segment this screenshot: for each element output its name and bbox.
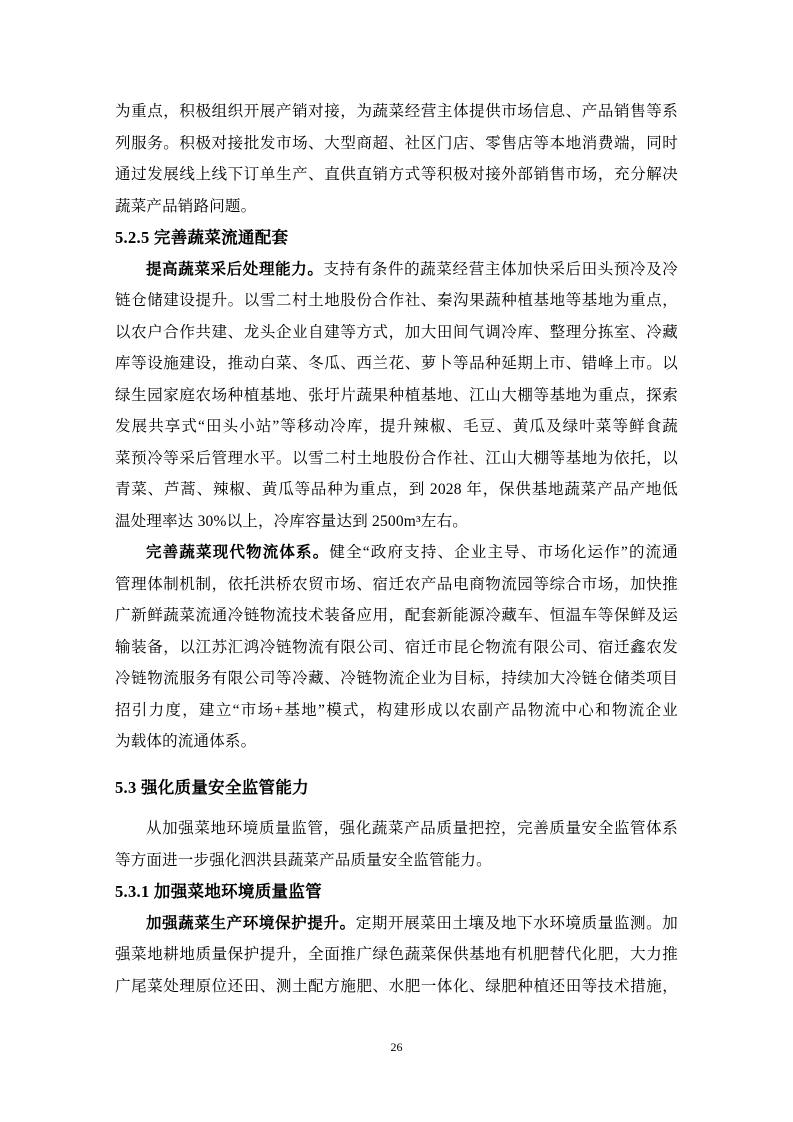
text-line: 输装备，以江苏汇鸿冷链物流有限公司、宿迁市昆仑物流有限公司、宿迁鑫农发 bbox=[115, 632, 678, 664]
text-line: 以农户合作共建、龙头企业自建等方式，加大田间气调冷库、整理分拣室、冷藏 bbox=[115, 317, 678, 349]
text-line: 等方面进一步强化泗洪县蔬菜产品质量安全监管能力。 bbox=[115, 845, 678, 877]
bold-lead-phrase: 提高蔬菜采后处理能力。 bbox=[146, 261, 323, 278]
text-line: 提高蔬菜采后处理能力。支持有条件的蔬菜经营主体加快采后田头预冷及冷 bbox=[115, 254, 678, 286]
text-line: 发展共享式“田头小站”等移动冷库，提升辣椒、毛豆、黄瓜及绿叶菜等鲜食蔬 bbox=[115, 411, 678, 443]
text-line: 为重点，积极组织开展产销对接，为蔬菜经营主体提供市场信息、产品销售等系 bbox=[115, 96, 678, 128]
text-line: 为载体的流通体系。 bbox=[115, 726, 678, 758]
text-run: 支持有条件的蔬菜经营主体加快采后田头预冷及冷 bbox=[323, 261, 678, 278]
heading-5-3-1: 5.3.1 加强菜地环境质量监管 bbox=[115, 876, 678, 908]
text-line: 加强蔬菜生产环境保护提升。定期开展菜田土壤及地下水环境质量监测。加 bbox=[115, 908, 678, 940]
heading-5-3: 5.3 强化质量安全监管能力 bbox=[115, 772, 678, 804]
text-line: 青菜、芦蒿、辣椒、黄瓜等品种为重点，到 2028 年，保供基地蔬菜产品产地低 bbox=[115, 474, 678, 506]
text-line: 广尾菜处理原位还田、测土配方施肥、水肥一体化、绿肥种植还田等技术措施， bbox=[115, 971, 678, 1003]
bold-lead-phrase: 加强蔬菜生产环境保护提升。 bbox=[146, 915, 356, 932]
text-line: 链仓储建设提升。以雪二村土地股份合作社、秦沟果蔬种植基地等基地为重点， bbox=[115, 285, 678, 317]
document-page: 为重点，积极组织开展产销对接，为蔬菜经营主体提供市场信息、产品销售等系 列服务。… bbox=[0, 0, 793, 1122]
text-line: 强菜地耕地质量保护提升，全面推广绿色蔬菜保供基地有机肥替代化肥，大力推 bbox=[115, 939, 678, 971]
text-line: 温处理率达 30%以上，冷库容量达到 2500m³左右。 bbox=[115, 506, 678, 538]
text-run: 定期开展菜田土壤及地下水环境质量监测。加 bbox=[356, 915, 678, 932]
text-line: 管理体制机制，依托洪桥农贸市场、宿迁农产品电商物流园等综合市场，加快推 bbox=[115, 569, 678, 601]
heading-5-2-5: 5.2.5 完善蔬菜流通配套 bbox=[115, 222, 678, 254]
text-line: 列服务。积极对接批发市场、大型商超、社区门店、零售店等本地消费端，同时 bbox=[115, 128, 678, 160]
text-line: 冷链物流服务有限公司等冷藏、冷链物流企业为目标，持续加大冷链仓储类项目 bbox=[115, 663, 678, 695]
page-number: 26 bbox=[0, 1040, 793, 1055]
text-line: 菜预冷等采后管理水平。以雪二村土地股份合作社、江山大棚等基地为依托，以 bbox=[115, 443, 678, 475]
text-line: 从加强菜地环境质量监管，强化蔬菜产品质量把控，完善质量安全监管体系 bbox=[115, 813, 678, 845]
text-run: 健全“政府支持、企业主导、市场化运作”的流通 bbox=[329, 544, 678, 561]
text-line: 蔬菜产品销路问题。 bbox=[115, 191, 678, 223]
text-line: 招引力度，建立“市场+基地”模式，构建形成以农副产品物流中心和物流企业 bbox=[115, 695, 678, 727]
page-body: 为重点，积极组织开展产销对接，为蔬菜经营主体提供市场信息、产品销售等系 列服务。… bbox=[115, 96, 678, 1002]
text-line: 通过发展线上线下订单生产、直供直销方式等积极对接外部销售市场，充分解决 bbox=[115, 159, 678, 191]
bold-lead-phrase: 完善蔬菜现代物流体系。 bbox=[146, 544, 329, 561]
text-line: 广新鲜蔬菜流通冷链物流技术装备应用，配套新能源冷藏车、恒温车等保鲜及运 bbox=[115, 600, 678, 632]
text-line: 绿生园家庭农场种植基地、张圩片蔬果种植基地、江山大棚等基地为重点，探索 bbox=[115, 380, 678, 412]
text-line: 完善蔬菜现代物流体系。健全“政府支持、企业主导、市场化运作”的流通 bbox=[115, 537, 678, 569]
text-line: 库等设施建设，推动白菜、冬瓜、西兰花、萝卜等品种延期上市、错峰上市。以 bbox=[115, 348, 678, 380]
